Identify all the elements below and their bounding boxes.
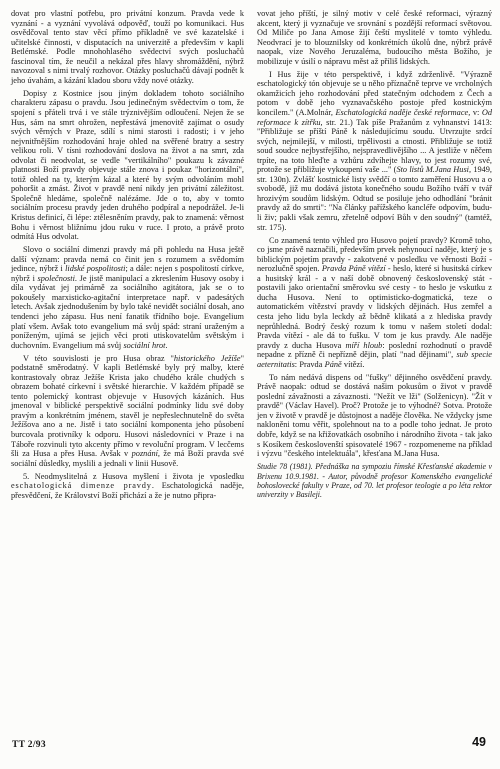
text-column-left: dovat pro vlastní potřebu, pro privátní … — [11, 9, 244, 500]
text-segment: poznání — [132, 449, 158, 458]
text-segment: Dopisy z Kostnice jsou jiným dokladem to… — [11, 89, 244, 241]
text-segment: historického Ježíše — [174, 354, 241, 363]
text-segment: , v: — [468, 108, 482, 117]
text-segment: Pravda Páně vítězí — [322, 264, 386, 273]
body-paragraph: V této souvislosti je pro Husa obraz "hi… — [11, 354, 244, 469]
text-segment: Studie 78 (1981). Přednáška na sympoziu … — [257, 462, 492, 499]
text-segment: lidské pospolitosti — [65, 264, 125, 273]
body-paragraph: vovat jeho příští, je silný motiv v celé… — [257, 9, 492, 66]
journal-issue-label: TT 2/93 — [12, 740, 46, 750]
text-column-right: vovat jeho příští, je silný motiv v celé… — [257, 9, 492, 500]
text-segment: eschatologická dimenze pravdy — [11, 481, 152, 490]
text-segment: dovat pro vlastní potřebu, pro privátní … — [11, 9, 244, 85]
text-segment: V této souvislosti je pro Husa obraz " — [23, 354, 174, 363]
body-paragraph: To nám nedává dispens od "fušky" dějinné… — [257, 373, 492, 459]
text-segment: vítězí. — [342, 360, 365, 369]
scanned-journal-page: dovat pro vlastní potřebu, pro privátní … — [0, 0, 500, 769]
footnote-paragraph: Studie 78 (1981). Přednáška na sympoziu … — [257, 462, 492, 500]
body-paragraph: Dopisy z Kostnice jsou jiným dokladem to… — [11, 89, 244, 242]
text-segment: míří hloub — [345, 341, 382, 350]
text-segment: vovat jeho příští, je silný motiv v celé… — [257, 9, 492, 66]
text-segment: To nám nedává dispens od "fušky" dějinné… — [257, 373, 492, 458]
text-segment: " podstatně směrodatný. V kapli Betlémsk… — [11, 354, 244, 458]
body-paragraph: Co znamená tento výhled pro Husovo pojet… — [257, 236, 492, 370]
text-segment: Eschatologická naděje české reformace — [335, 108, 468, 117]
text-segment: , 1949, str. 130n). Zvlášť kostnické lis… — [257, 165, 492, 231]
text-segment: Páně — [325, 360, 342, 369]
text-segment: - heslo, které si husitská církev a husi… — [257, 264, 492, 349]
text-segment: . — [165, 341, 167, 350]
page-number: 49 — [472, 735, 486, 749]
text-segment: společnosti — [38, 274, 75, 283]
body-paragraph: dovat pro vlastní potřebu, pro privátní … — [11, 9, 244, 85]
text-segment: sociální hrot — [123, 341, 165, 350]
text-segment: : Pravda — [295, 360, 325, 369]
body-paragraph: 5. Neodmyslitelná z Husova myšlení i živ… — [11, 472, 244, 501]
text-segment: . Je jistě manipulací a zkreslením Husov… — [11, 274, 244, 350]
body-paragraph: Slovo o sociální dimenzi pravdy má při p… — [11, 245, 244, 350]
body-paragraph: I Hus žije v této perspektivě, i když zd… — [257, 70, 492, 232]
text-segment: Sto listů M.Jana Husi — [396, 165, 469, 174]
text-segment: 5. Neodmyslitelná z Husova myšlení i živ… — [23, 472, 244, 481]
